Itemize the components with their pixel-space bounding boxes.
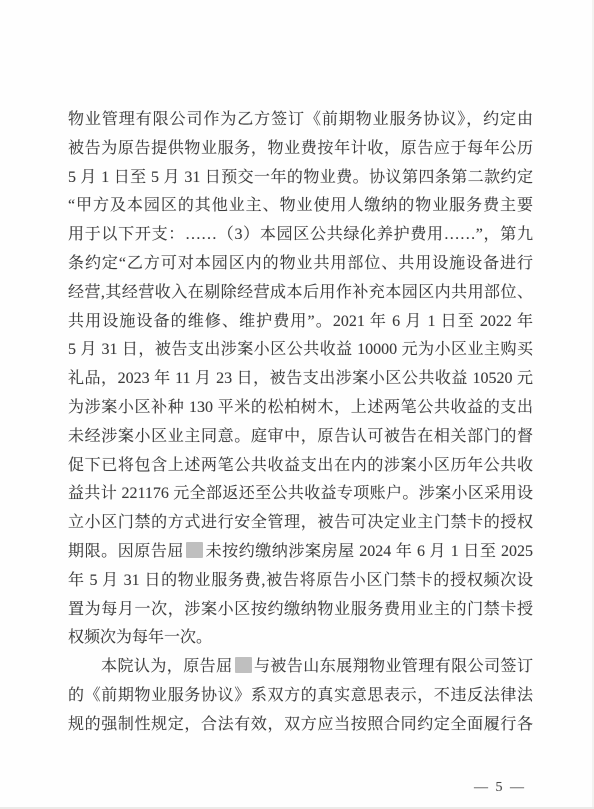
text-segment: 立小区门禁的方式进行安全管理，被告可决定业主门禁卡的授权 <box>68 514 533 531</box>
text-line: 共用设施设备的维修、维护费用”。2021 年 6 月 1 日至 2022 年 <box>68 308 533 337</box>
text-segment: 用于以下开支：……（3）本园区公共绿化养护费用……”，第九 <box>68 226 533 243</box>
text-line: 5 月 31 日，被告支出涉案小区公共收益 10000 元为小区业主购买 <box>68 336 533 365</box>
text-segment: 权频次为每年一次。 <box>68 629 212 646</box>
text-line: 益共计 221176 元全部返还至公共收益专项账户。涉案小区采用设 <box>68 480 533 509</box>
text-segment: 共用设施设备的维修、维护费用”。2021 年 6 月 1 日至 2022 年 <box>68 313 533 330</box>
text-segment: 本院认为，原告屈 <box>101 658 233 675</box>
text-line: 未经涉案小区业主同意。庭审中，原告认可被告在相关部门的督 <box>68 423 533 452</box>
text-line: 为涉案小区补种 130 平米的松柏树木，上述两笔公共收益的支出 <box>68 394 533 423</box>
page-number: — 5 — <box>474 780 526 796</box>
text-segment: 5 月 31 日，被告支出涉案小区公共收益 10000 元为小区业主购买 <box>68 341 533 358</box>
text-line: 5 月 1 日至 5 月 31 日预交一年的物业费。协议第四条第二款约定 <box>68 164 533 193</box>
text-line: 规的强制性规定，合法有效，双方应当按照合同约定全面履行各 <box>68 711 533 740</box>
text-line: 置为每月一次，涉案小区按约缴纳物业服务费用业主的门禁卡授 <box>68 596 533 625</box>
text-segment: 5 月 1 日至 5 月 31 日预交一年的物业费。协议第四条第二款约定 <box>68 169 533 186</box>
text-line: 期限。因原告屈未按约缴纳涉案房屋 2024 年 6 月 1 日至 2025 <box>68 538 533 567</box>
text-line: 经营,其经营收入在剔除经营成本后用作补充本园区内共用部位、 <box>68 279 533 308</box>
text-segment: 为涉案小区补种 130 平米的松柏树木，上述两笔公共收益的支出 <box>68 399 533 416</box>
document-page: 物业管理有限公司作为乙方签订《前期物业服务协议》，约定由被告为原告提供物业服务，… <box>0 0 594 809</box>
text-segment: 经营,其经营收入在剔除经营成本后用作补充本园区内共用部位、 <box>68 284 533 301</box>
text-segment: 物业管理有限公司作为乙方签订《前期物业服务协议》，约定由 <box>68 111 533 128</box>
text-segment: 促下已将包含上述两笔公共收益支出在内的涉案小区历年公共收 <box>68 457 533 474</box>
text-line: 条约定“乙方可对本园区内的物业共用部位、共用设施设备进行 <box>68 250 533 279</box>
text-line: 立小区门禁的方式进行安全管理，被告可决定业主门禁卡的授权 <box>68 509 533 538</box>
document-text: 物业管理有限公司作为乙方签订《前期物业服务协议》，约定由被告为原告提供物业服务，… <box>68 106 533 740</box>
text-segment: 与被告山东展翔物业管理有限公司签订 <box>254 658 533 675</box>
text-line: 用于以下开支：……（3）本园区公共绿化养护费用……”，第九 <box>68 221 533 250</box>
text-line: 促下已将包含上述两笔公共收益支出在内的涉案小区历年公共收 <box>68 452 533 481</box>
redaction-box <box>186 542 203 558</box>
text-segment: 益共计 221176 元全部返还至公共收益专项账户。涉案小区采用设 <box>68 485 533 502</box>
text-segment: 期限。因原告屈 <box>68 543 184 560</box>
text-segment: 未经涉案小区业主同意。庭审中，原告认可被告在相关部门的督 <box>68 428 533 445</box>
text-segment: 置为每月一次，涉案小区按约缴纳物业服务费用业主的门禁卡授 <box>68 601 533 618</box>
text-line: 物业管理有限公司作为乙方签订《前期物业服务协议》，约定由 <box>68 106 533 135</box>
text-segment: 礼品，2023 年 11 月 23 日，被告支出涉案小区公共收益 10520 元 <box>68 370 533 387</box>
redaction-box <box>235 657 252 673</box>
text-line: “甲方及本园区的其他业主、物业使用人缴纳的物业服务费主要 <box>68 192 533 221</box>
text-line: 权频次为每年一次。 <box>68 624 533 653</box>
text-line: 的《前期物业服务协议》系双方的真实意思表示，不违反法律法 <box>68 682 533 711</box>
text-line: 礼品，2023 年 11 月 23 日，被告支出涉案小区公共收益 10520 元 <box>68 365 533 394</box>
text-line: 被告为原告提供物业服务，物业费按年计收，原告应于每年公历 <box>68 135 533 164</box>
text-segment: 年 5 月 31 日的物业服务费,被告将原告小区门禁卡的授权频次设 <box>68 572 533 589</box>
text-line: 本院认为，原告屈与被告山东展翔物业管理有限公司签订 <box>68 653 533 682</box>
text-line: 年 5 月 31 日的物业服务费,被告将原告小区门禁卡的授权频次设 <box>68 567 533 596</box>
text-segment: 的《前期物业服务协议》系双方的真实意思表示，不违反法律法 <box>68 687 533 704</box>
text-segment: 被告为原告提供物业服务，物业费按年计收，原告应于每年公历 <box>68 140 533 157</box>
text-segment: 未按约缴纳涉案房屋 2024 年 6 月 1 日至 2025 <box>205 543 533 560</box>
text-segment: 规的强制性规定，合法有效，双方应当按照合同约定全面履行各 <box>68 716 533 733</box>
text-segment: “甲方及本园区的其他业主、物业使用人缴纳的物业服务费主要 <box>68 197 533 214</box>
text-segment: 条约定“乙方可对本园区内的物业共用部位、共用设施设备进行 <box>68 255 533 272</box>
